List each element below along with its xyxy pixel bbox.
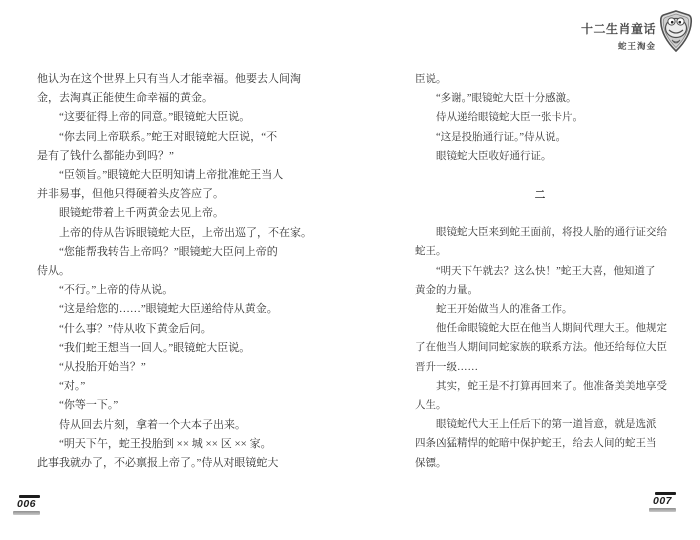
text-line: “明天下午，蛇王投胎到 ×× 城 ×× 区 ×× 家。 (37, 435, 309, 454)
text-line: 此事我就办了，不必禀报上帝了。”侍从对眼镜蛇大 (37, 454, 309, 473)
text-line: “臣领旨。”眼镜蛇大臣明知请上帝批准蛇王当人 (37, 166, 309, 185)
page-number-value: 006 (17, 498, 36, 510)
text-line: 人生。 (415, 396, 667, 415)
left-page-text: 他认为在这个世界上只有当人才能幸福。他要去人间淘 金，去淘真正能使生命幸福的黄金… (37, 70, 309, 473)
text-line: 眼镜蛇大臣来到蛇王面前，将投人胎的通行证交给 (415, 223, 667, 242)
text-line: 了在他当人期间同蛇家族的联系方法。他还给每位大臣 (415, 338, 667, 357)
series-title: 十二生肖童话 (581, 20, 656, 37)
page-number-left: 006 (13, 495, 40, 515)
logo-text: 十二生肖童话 蛇王淘金 (581, 20, 656, 52)
text-line: “我们蛇王想当一回人。”眼镜蛇大臣说。 (37, 339, 309, 358)
book-title: 蛇王淘金 (618, 40, 656, 52)
text-line: 他认为在这个世界上只有当人才能幸福。他要去人间淘 (37, 70, 309, 89)
page-number-shadow-bar (13, 511, 40, 515)
text-line: 上帝的侍从告诉眼镜蛇大臣，上帝出巡了，不在家。 (37, 224, 309, 243)
text-line: 蛇王。 (415, 242, 667, 261)
text-line: “不行。”上帝的侍从说。 (37, 281, 309, 300)
text-line: 四条凶猛精悍的蛇暗中保护蛇王，给去人间的蛇王当 (415, 434, 667, 453)
text-line: 侍从。 (37, 262, 309, 281)
text-line: “这要征得上帝的同意。”眼镜蛇大臣说。 (37, 108, 309, 127)
book-spread: 十二生肖童话 蛇王淘金 他认为在这个世界上只有当人才能幸福。他要去人间淘 金，去… (0, 0, 700, 540)
text-line: 他任命眼镜蛇大臣在他当人期间代理大王。他规定 (415, 319, 667, 338)
text-line: 是有了钱什么都能办到吗？” (37, 147, 309, 166)
section-heading: 二 (415, 186, 667, 205)
text-line: “这是给您的……”眼镜蛇大臣递给侍从黄金。 (37, 300, 309, 319)
page-number-right: 007 (649, 492, 676, 512)
text-line: 黄金的力量。 (415, 281, 667, 300)
text-line: 晋升一级…… (415, 358, 667, 377)
page-number-value: 007 (653, 495, 672, 507)
book-logo: 十二生肖童话 蛇王淘金 (581, 10, 693, 52)
text-line: 眼镜蛇大臣收好通行证。 (415, 147, 667, 166)
text-line: 保镖。 (415, 454, 667, 473)
text-line: “你等一下。” (37, 396, 309, 415)
text-line: “什么事？”侍从收下黄金后问。 (37, 320, 309, 339)
snake-shield-icon (659, 10, 693, 52)
text-line: 其实，蛇王是不打算再回来了。他准备美美地享受 (415, 377, 667, 396)
text-line: “您能帮我转告上帝吗？”眼镜蛇大臣问上帝的 (37, 243, 309, 262)
text-line: 金，去淘真正能使生命幸福的黄金。 (37, 89, 309, 108)
text-line: 侍从回去片刻，拿着一个大本子出来。 (37, 416, 309, 435)
text-line: 蛇王开始做当人的准备工作。 (415, 300, 667, 319)
text-line: 侍从递给眼镜蛇大臣一张卡片。 (415, 108, 667, 127)
text-line: “这是投胎通行证。”侍从说。 (415, 128, 667, 147)
text-line: 眼镜蛇代大王上任后下的第一道旨意，就是选派 (415, 415, 667, 434)
text-line: “明天下午就去？这么快！”蛇王大喜，他知道了 (415, 262, 667, 281)
text-line: “从投胎开始当？” (37, 358, 309, 377)
text-line: “你去同上帝联系。”蛇王对眼镜蛇大臣说，“不 (37, 128, 309, 147)
text-line: 臣说。 (415, 70, 667, 89)
page-number-shadow-bar (649, 508, 676, 512)
text-line: 眼镜蛇带着上千两黄金去见上帝。 (37, 204, 309, 223)
text-line: “对。” (37, 377, 309, 396)
text-line: 并非易事，但他只得硬着头皮答应了。 (37, 185, 309, 204)
right-page-text: 臣说。 “多谢。”眼镜蛇大臣十分感激。 侍从递给眼镜蛇大臣一张卡片。 “这是投胎… (415, 70, 667, 473)
text-line: “多谢。”眼镜蛇大臣十分感激。 (415, 89, 667, 108)
